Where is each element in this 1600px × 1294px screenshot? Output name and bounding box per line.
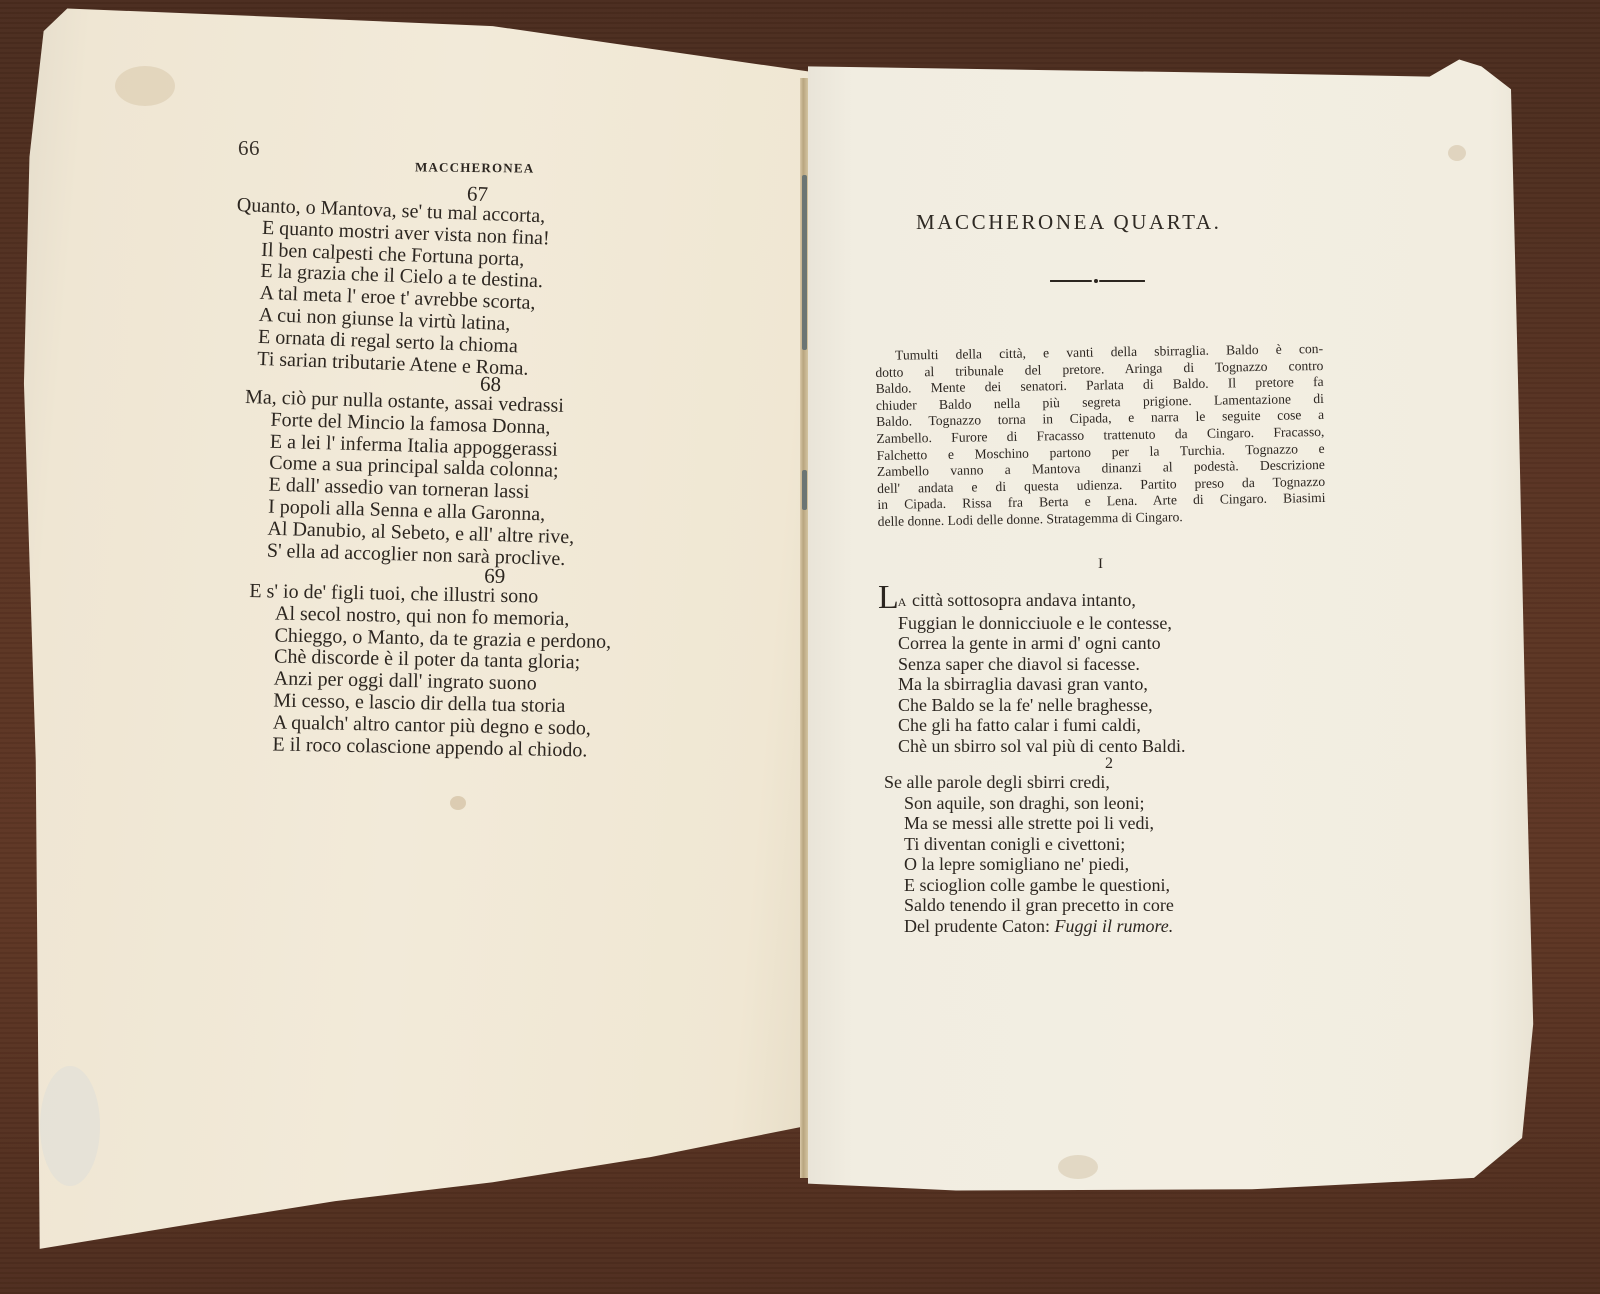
stanza: 68 Ma, ciò pur nulla ostante, assai vedr… <box>241 367 579 571</box>
verse-text: città sottosopra andava intanto, <box>907 590 1135 610</box>
stanza: 69 E s' io de' figli tuoi, che illustri … <box>246 561 612 762</box>
verse-line: Chè un sbirro sol val più di cento Baldi… <box>878 736 1185 757</box>
verse-line: Fuggian le donnicciuole e le contesse, <box>878 613 1185 634</box>
drop-cap: L <box>878 579 898 616</box>
verse-line: Ti diventan conigli e civettoni; <box>884 834 1174 855</box>
foxing-stain <box>1058 1155 1098 1179</box>
verse-line-last: Del prudente Caton: Fuggi il rumore. <box>884 916 1174 937</box>
verse-line: Ma se messi alle strette poi li vedi, <box>884 813 1174 834</box>
verse-line: Se alle parole degli sbirri credi, <box>884 772 1174 793</box>
spine-tape <box>802 470 807 510</box>
paper-shadow <box>40 1066 100 1186</box>
foxing-stain <box>1448 145 1466 161</box>
verse-line: Ma la sbirraglia davasi gran vanto, <box>878 674 1185 695</box>
rule-ornament-icon <box>1050 278 1145 284</box>
verse-line: Saldo tenendo il gran precetto in core <box>884 895 1174 916</box>
italic-quote: Fuggi il rumore. <box>1054 916 1173 936</box>
chapter-argument: Tumulti della città, e vanti della sbirr… <box>875 341 1326 531</box>
stanza-number: 2 <box>1094 756 1124 772</box>
running-head: MACCHERONEA <box>415 159 535 176</box>
stanza: LA città sottosopra andava intanto, Fugg… <box>878 588 1185 756</box>
verse-text: Del prudente Caton: <box>904 916 1054 936</box>
verse-line: Son aquile, son draghi, son leoni; <box>884 793 1174 814</box>
verse-line: Senza saper che diavol si facesse. <box>878 654 1185 675</box>
verse-line: Che Baldo se la fe' nelle braghesse, <box>878 695 1185 716</box>
foxing-stain <box>115 66 175 106</box>
verse-line: Che gli ha fatto calar i fumi caldi, <box>878 715 1185 736</box>
foxing-stain <box>450 796 466 810</box>
page-number: 66 <box>238 136 260 161</box>
verse-line: E scioglion colle gambe le questioni, <box>884 875 1174 896</box>
small-cap: A <box>898 595 908 609</box>
stanza-number: I <box>1098 556 1103 573</box>
stanza: 2 Se alle parole degli sbirri credi, Son… <box>884 756 1174 936</box>
chapter-title: MACCHERONEA QUARTA. <box>916 210 1221 235</box>
verse-line: Correa la gente in armi d' ogni canto <box>878 633 1185 654</box>
stanza: 67 Quanto, o Mantova, se' tu mal accorta… <box>231 175 552 381</box>
verse-line: O la lepre somigliano ne' piedi, <box>884 854 1174 875</box>
spine-tape <box>802 175 807 350</box>
verse-line-first: LA città sottosopra andava intanto, <box>878 588 1185 613</box>
